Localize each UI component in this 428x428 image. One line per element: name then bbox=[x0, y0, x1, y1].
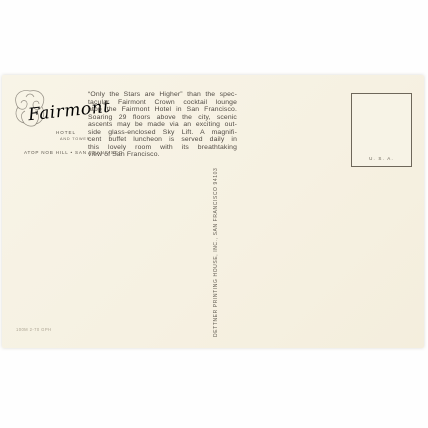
description-line: side glass-enclosed Sky Lift. A magnifi- bbox=[88, 129, 237, 137]
scan-background: Fairmont HOTEL AND TOWER ATOP NOB HILL •… bbox=[0, 0, 428, 428]
description-line: “Only the Stars are Higher” than the spe… bbox=[88, 91, 237, 99]
logo-hotel-label: HOTEL bbox=[56, 130, 76, 135]
description-line: ascents may be made via an exciting out- bbox=[88, 121, 237, 129]
description-line: this lovely room with its breathtaking bbox=[88, 144, 237, 152]
description-line: atop the Fairmont Hotel in San Francisco… bbox=[88, 106, 237, 114]
stamp-box: U. S. A. bbox=[351, 93, 412, 167]
stamp-usa-label: U. S. A. bbox=[369, 156, 394, 161]
description-line: Soaring 29 floors above the city, scenic bbox=[88, 114, 237, 122]
printer-credit: DETTNER PRINTING HOUSE, INC., SAN FRANCI… bbox=[213, 153, 219, 337]
postcard-back: Fairmont HOTEL AND TOWER ATOP NOB HILL •… bbox=[2, 75, 424, 348]
description-text: “Only the Stars are Higher” than the spe… bbox=[88, 91, 237, 159]
description-line: cent buffet luncheon is served daily in bbox=[88, 136, 237, 144]
print-run-code: 100M 2-70 GPH bbox=[16, 327, 51, 332]
logo-and-tower-label: AND TOWER bbox=[60, 137, 90, 141]
description-line: tacular Fairmont Crown cocktail lounge bbox=[88, 99, 237, 107]
